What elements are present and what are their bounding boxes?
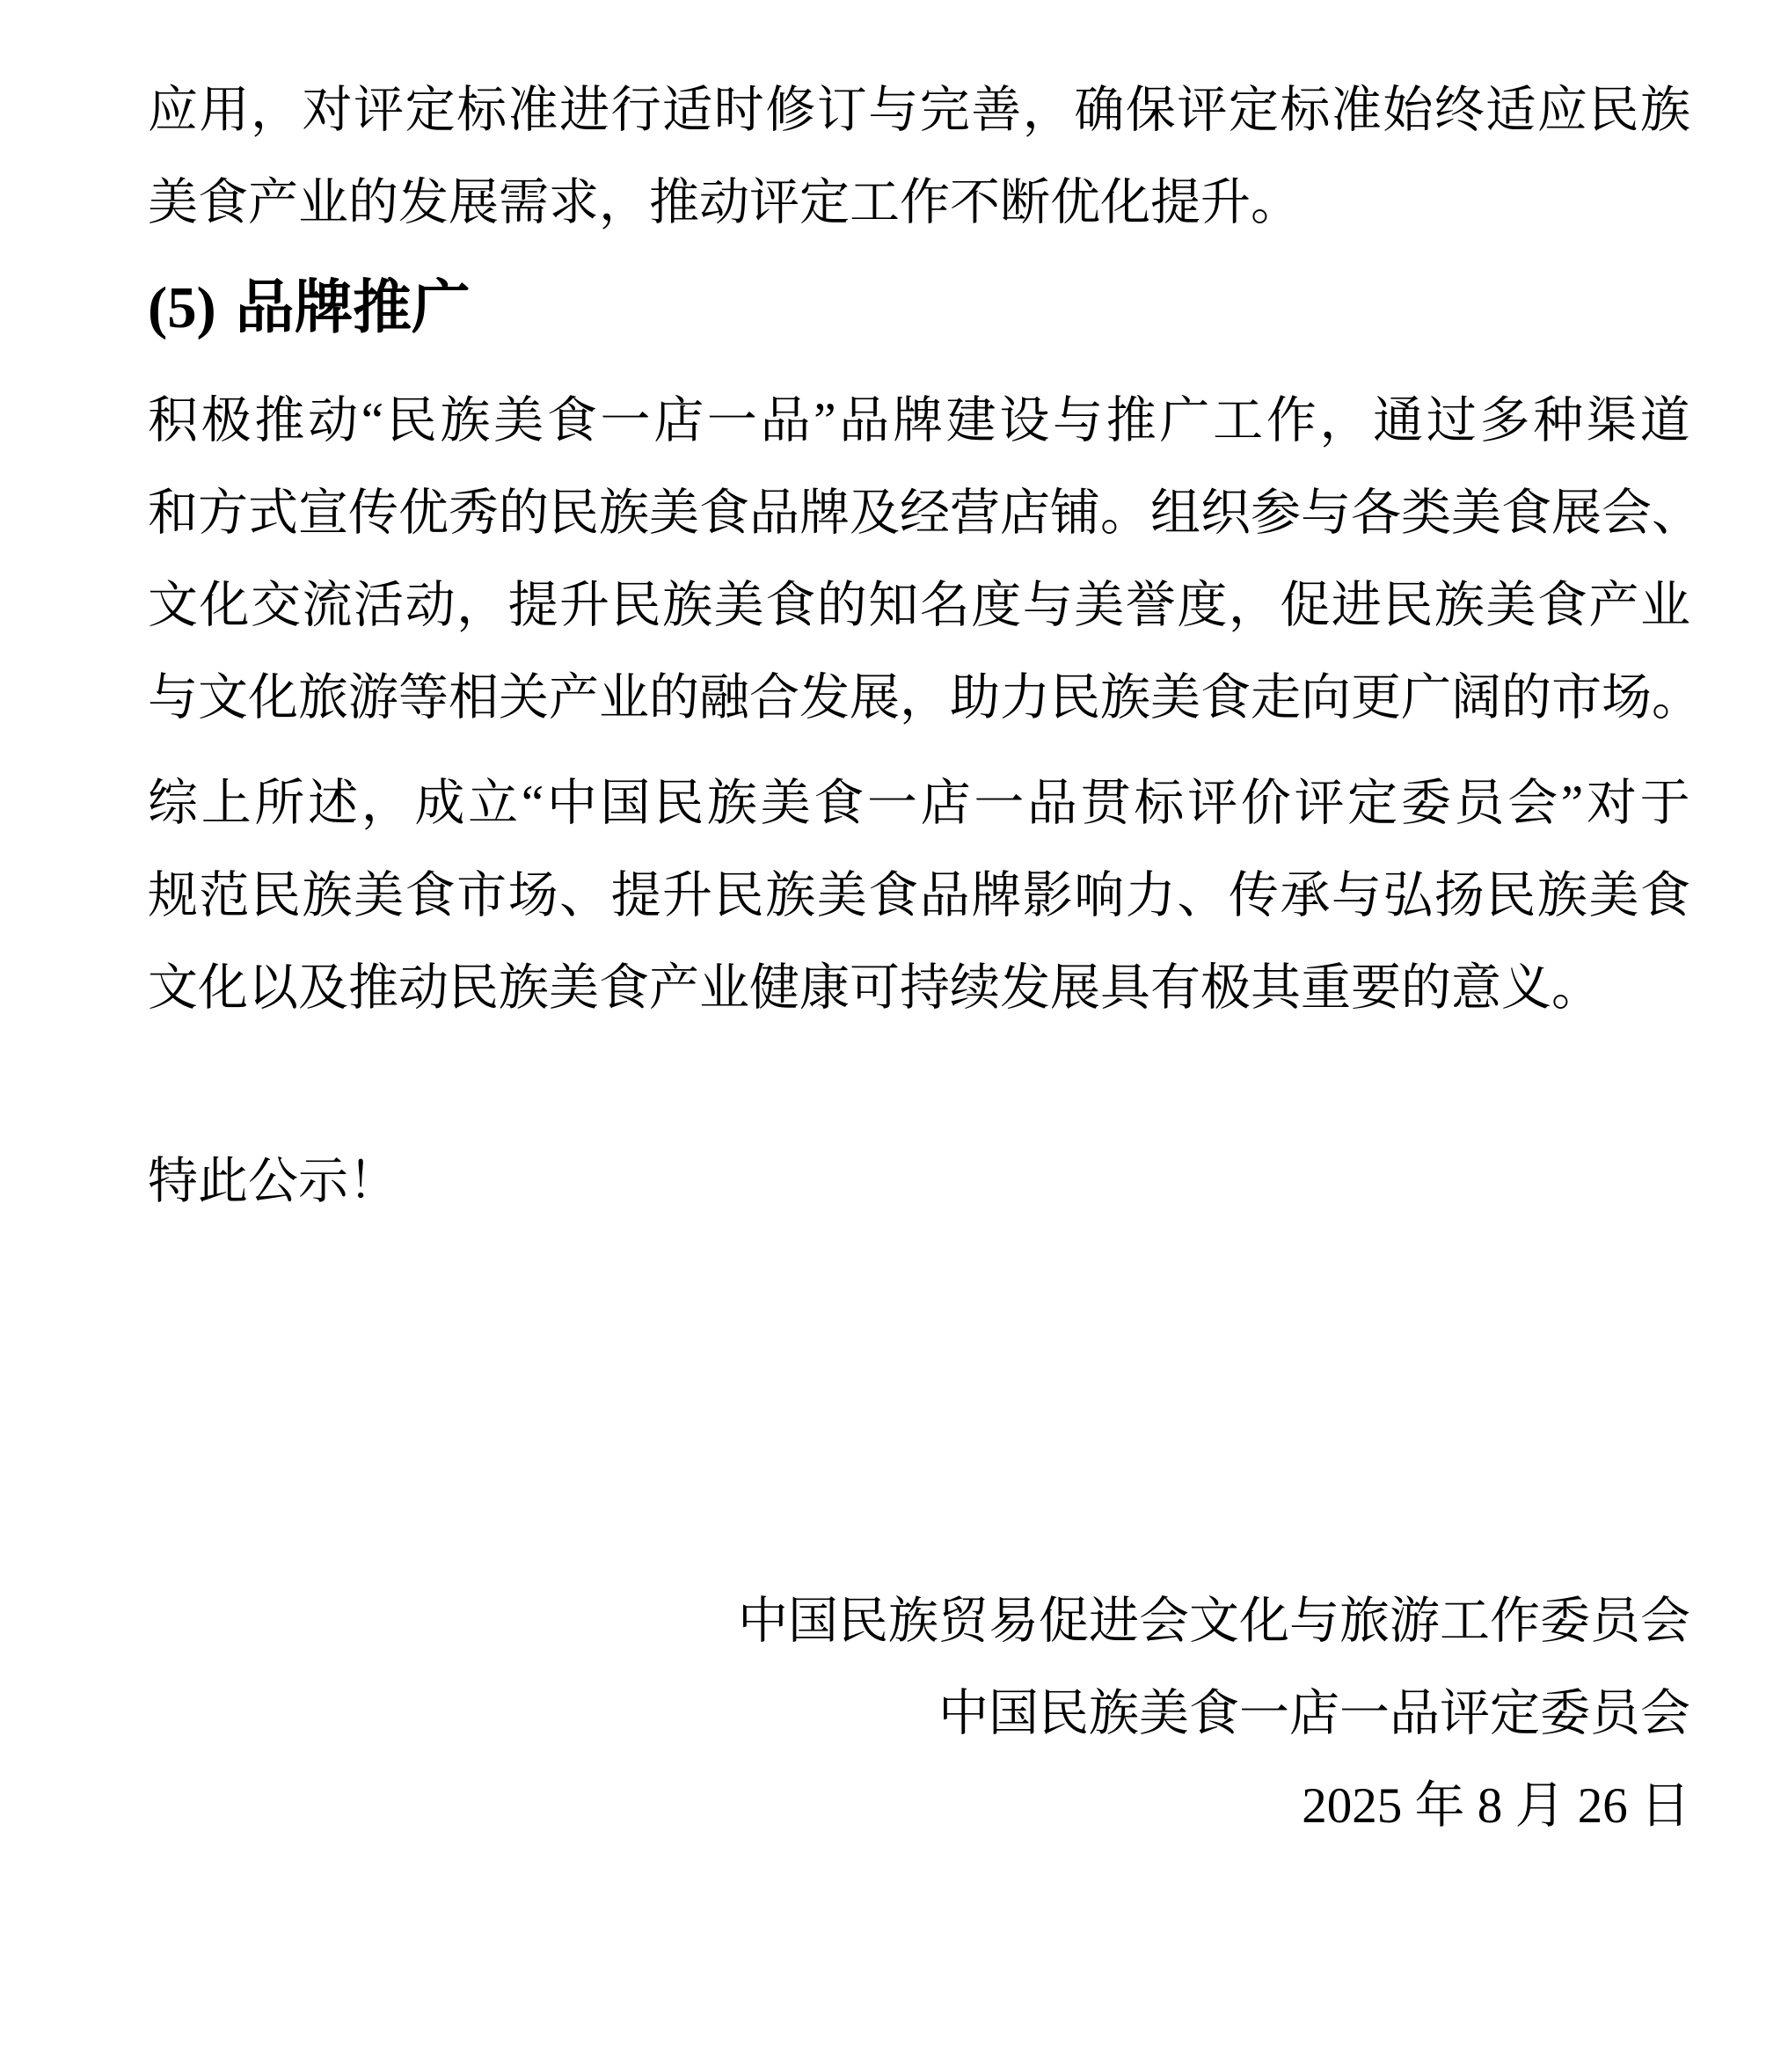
paragraph-brand-promotion: 积极推动“民族美食一店一品”品牌建设与推广工作，通过多种渠道 和方式宣传优秀的民… — [148, 375, 1690, 744]
heading-title: 品牌推广 — [236, 276, 471, 340]
paragraph-conclusion: 综上所述，成立“中国民族美食一店一品贯标评价评定委员会”对于 规范民族美食市场、… — [148, 757, 1690, 1034]
text-line: 应用，对评定标准进行适时修订与完善，确保评定标准始终适应民族 — [148, 64, 1690, 157]
text-line: 积极推动“民族美食一店一品”品牌建设与推广工作，通过多种渠道 — [148, 375, 1690, 467]
announcement-line: 特此公示！ — [148, 1135, 1690, 1228]
text-line: 综上所述，成立“中国民族美食一店一品贯标评价评定委员会”对于 — [148, 757, 1690, 850]
signature-organization-2: 中国民族美食一店一品评定委员会 — [148, 1667, 1690, 1760]
text-line: 和方式宣传优秀的民族美食品牌及经营店铺。组织参与各类美食展会、 — [148, 467, 1690, 559]
text-line: 规范民族美食市场、提升民族美食品牌影响力、传承与弘扬民族美食 — [148, 850, 1690, 942]
text-line: 与文化旅游等相关产业的融合发展，助力民族美食走向更广阔的市场。 — [148, 652, 1690, 744]
section-heading-brand-promotion: (5)品牌推广 — [148, 262, 1690, 354]
paragraph-continuation: 应用，对评定标准进行适时修订与完善，确保评定标准始终适应民族 美食产业的发展需求… — [148, 64, 1690, 249]
text-line: 美食产业的发展需求，推动评定工作不断优化提升。 — [148, 157, 1690, 249]
document-page: 应用，对评定标准进行适时修订与完善，确保评定标准始终适应民族 美食产业的发展需求… — [0, 0, 1766, 2072]
signature-date: 2025 年 8 月 26 日 — [148, 1760, 1690, 1852]
signature-organization-1: 中国民族贸易促进会文化与旅游工作委员会 — [148, 1575, 1690, 1667]
heading-number: (5) — [148, 276, 216, 340]
signature-block: 中国民族贸易促进会文化与旅游工作委员会 中国民族美食一店一品评定委员会 2025… — [148, 1575, 1690, 1852]
text-line: 文化以及推动民族美食产业健康可持续发展具有极其重要的意义。 — [148, 942, 1690, 1034]
text-line: 文化交流活动，提升民族美食的知名度与美誉度，促进民族美食产业 — [148, 559, 1690, 652]
